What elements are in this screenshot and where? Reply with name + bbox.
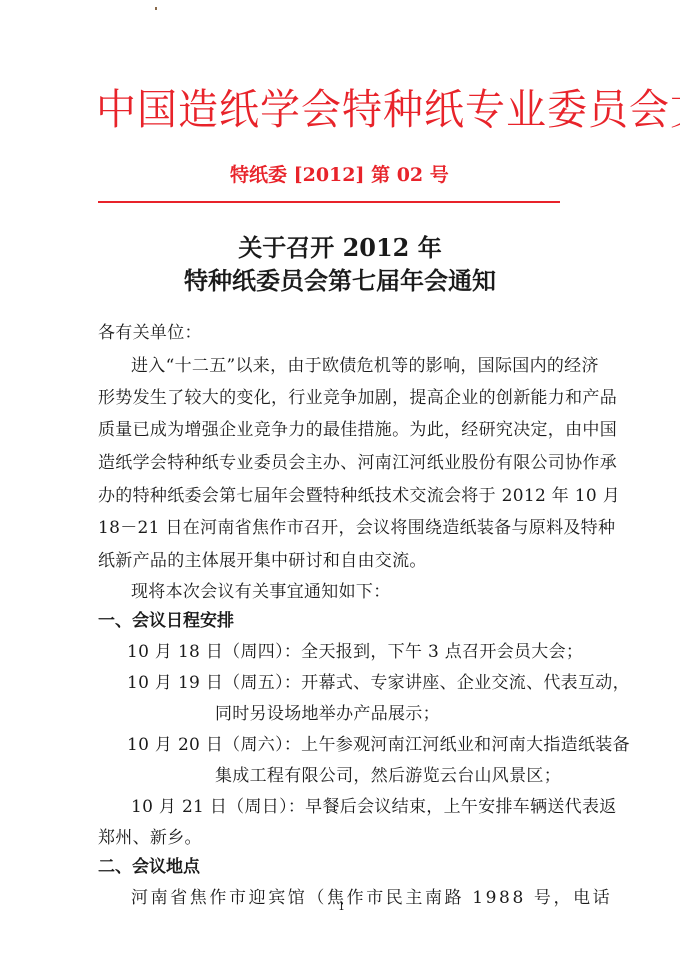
schedule-line: 10 月 18 日（周四）：全天报到，下午 3 点召开会员大会； [127, 637, 583, 662]
schedule-line: 10 月 19 日（周五）：开幕式、专家讲座、企业交流、代表互动， [127, 668, 630, 693]
intro-line: 18－21 日在河南省焦作市召开，会议将围绕造纸装备与原料及特种 [98, 513, 615, 538]
schedule-line: 同时另设场地举办产品展示； [215, 699, 440, 724]
section-heading-schedule: 一、会议日程安排 [98, 606, 234, 631]
schedule-line: 10 月 20 日（周六）：上午参观河南江河纸业和河南大指造纸装备 [127, 730, 630, 755]
notice-title-line-2: 特种纸委员会第七届年会通知 [0, 261, 680, 296]
intro-line: 造纸学会特种纸专业委员会主办、河南江河纸业股份有限公司协作承 [98, 448, 617, 473]
document-header-title: 中国造纸学会特种纸专业委员会文件 [96, 77, 680, 137]
intro-line: 质量已成为增强企业竞争力的最佳措施。为此，经研究决定，由中国 [98, 415, 617, 440]
intro-line: 形势发生了较大的变化，行业竞争加剧，提高企业的创新能力和产品 [98, 383, 617, 408]
venue-line: 河南省焦作市迎宾馆（焦作市民主南路 1988 号，电话 [131, 883, 612, 908]
schedule-line: 集成工程有限公司，然后游览云台山风景区； [215, 761, 561, 786]
header-divider [98, 201, 560, 203]
page-number: 1 [338, 900, 345, 913]
salutation: 各有关单位： [98, 318, 202, 343]
intro-line: 办的特种纸委会第七届年会暨特种纸技术交流会将于 2012 年 10 月 [98, 481, 620, 506]
schedule-line: 郑州、新乡。 [98, 823, 202, 848]
scan-speck [155, 7, 157, 10]
document-number: 特纸委 [2012] 第 02 号 [230, 160, 449, 187]
notice-title-line-1: 关于召开 2012 年 [0, 228, 680, 263]
intro-line: 进入“十二五”以来，由于欧债危机等的影响，国际国内的经济 [131, 351, 599, 376]
section-heading-venue: 二、会议地点 [98, 852, 200, 877]
announce-line: 现将本次会议有关事宜通知如下： [131, 577, 391, 602]
intro-line: 纸新产品的主体展开集中研讨和自由交流。 [98, 546, 427, 571]
schedule-line: 10 月 21 日（周日）：早餐后会议结束，上午安排车辆送代表返 [131, 792, 617, 817]
